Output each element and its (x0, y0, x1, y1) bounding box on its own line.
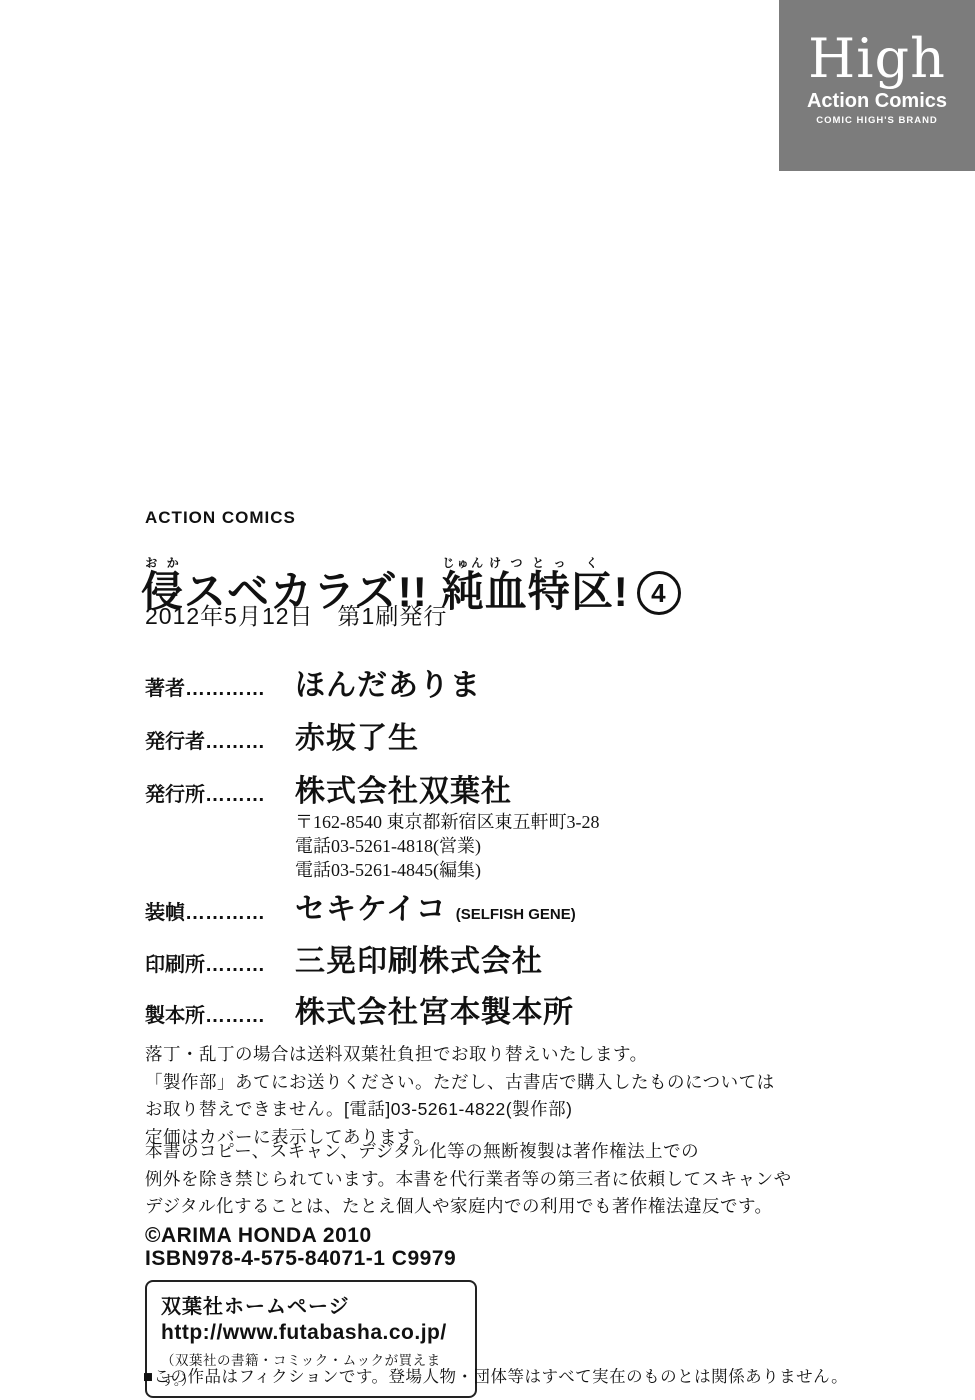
dot-leader: ……… (205, 954, 265, 976)
copyright-line: ©ARIMA HONDA 2010 (145, 1224, 372, 1248)
volume-number-badge: 4 (637, 571, 681, 615)
publisher-address: 〒162-8540 東京都新宿区東五軒町3-28 (295, 810, 600, 834)
credit-label: 製本所 (145, 1005, 205, 1027)
fiction-disclaimer: ■この作品はフィクションです。登場人物・団体等はすべて実在のものとは関係ありませ… (143, 1363, 848, 1387)
copyright-law-notice: 本書のコピー、スキャン、デジタル化等の無断複製は著作権法上での 例外を除き禁じら… (145, 1138, 792, 1221)
credit-label: 著者 (145, 678, 185, 700)
badge-high-wordmark: High (779, 32, 975, 86)
notice-line: 例外を除き禁じられています。本書を代行業者等の第三者に依頼してスキャンや (145, 1166, 792, 1194)
notice-line: 「製作部」あてにお送りください。ただし、古書店で購入したものについては (145, 1069, 775, 1097)
credit-row-printer: 印刷所……… 三晃印刷株式会社 (145, 936, 543, 980)
title-segment: ! (614, 568, 629, 615)
publisher-person-name: 赤坂了生 (295, 713, 419, 757)
credit-row-book-design: 装幀………… セキケイコ (SELFISH GENE) (145, 884, 576, 928)
designer-name: セキケイコ (295, 884, 447, 928)
publishing-house-name: 株式会社双葉社 (295, 775, 512, 808)
credit-row-bindery: 製本所……… 株式会社宮本製本所 (145, 987, 574, 1031)
title-segment: 純じゅん (442, 568, 485, 615)
action-comics-high-badge: High Action Comics COMIC HIGH'S BRAND (779, 0, 975, 171)
credit-label: 印刷所 (145, 954, 205, 976)
notice-line: 本書のコピー、スキャン、デジタル化等の無断複製は著作権法上での (145, 1138, 792, 1166)
publisher-phone-editorial: 電話03-5261-4845(編集) (295, 858, 600, 882)
dot-leader: ………… (185, 902, 265, 924)
design-studio-name: (SELFISH GENE) (456, 906, 576, 923)
title-segment: 血けつ (485, 568, 528, 615)
printer-name: 三晃印刷株式会社 (295, 936, 543, 980)
colophon-page: High Action Comics COMIC HIGH'S BRAND AC… (0, 0, 975, 1400)
credit-label: 発行所 (145, 784, 205, 806)
dot-leader: ………… (185, 678, 265, 700)
homepage-box-title: 双葉社ホームページ (161, 1290, 461, 1319)
title-segment: 特とっ (528, 568, 571, 615)
title-segment: 区く (571, 568, 614, 615)
notice-line: 落丁・乱丁の場合は送料双葉社負担でお取り替えいたします。 (145, 1041, 775, 1069)
badge-brand-tagline: COMIC HIGH'S BRAND (779, 115, 975, 126)
credit-row-publishing-house: 発行所……… 株式会社双葉社 〒162-8540 東京都新宿区東五軒町3-28 … (145, 766, 600, 882)
credit-row-author: 著者………… ほんだありま (145, 660, 481, 704)
dot-leader: ……… (205, 1005, 265, 1027)
publisher-phone-sales: 電話03-5261-4818(営業) (295, 834, 600, 858)
notice-line: お取り替えできません。[電話]03-5261-4822(製作部) (145, 1096, 775, 1124)
dot-leader: ……… (205, 731, 265, 753)
print-date-line: 2012年5月12日 第1刷発行 (145, 598, 447, 631)
credit-label: 発行者 (145, 731, 205, 753)
dot-leader: ……… (205, 784, 265, 806)
badge-action-comics-label: Action Comics (779, 90, 975, 113)
author-name: ほんだありま (295, 660, 481, 704)
bindery-name: 株式会社宮本製本所 (295, 987, 574, 1031)
publisher-url: http://www.futabasha.co.jp/ (161, 1321, 461, 1345)
credit-row-publisher-person: 発行者……… 赤坂了生 (145, 713, 419, 757)
imprint-label: ACTION COMICS (145, 508, 296, 528)
isbn-line: ISBN978-4-575-84071-1 C9979 (145, 1247, 456, 1271)
returns-notice: 落丁・乱丁の場合は送料双葉社負担でお取り替えいたします。 「製作部」あてにお送り… (145, 1041, 775, 1151)
credit-label: 装幀 (145, 902, 185, 924)
notice-line: デジタル化することは、たとえ個人や家庭内での利用でも著作権法違反です。 (145, 1193, 792, 1221)
